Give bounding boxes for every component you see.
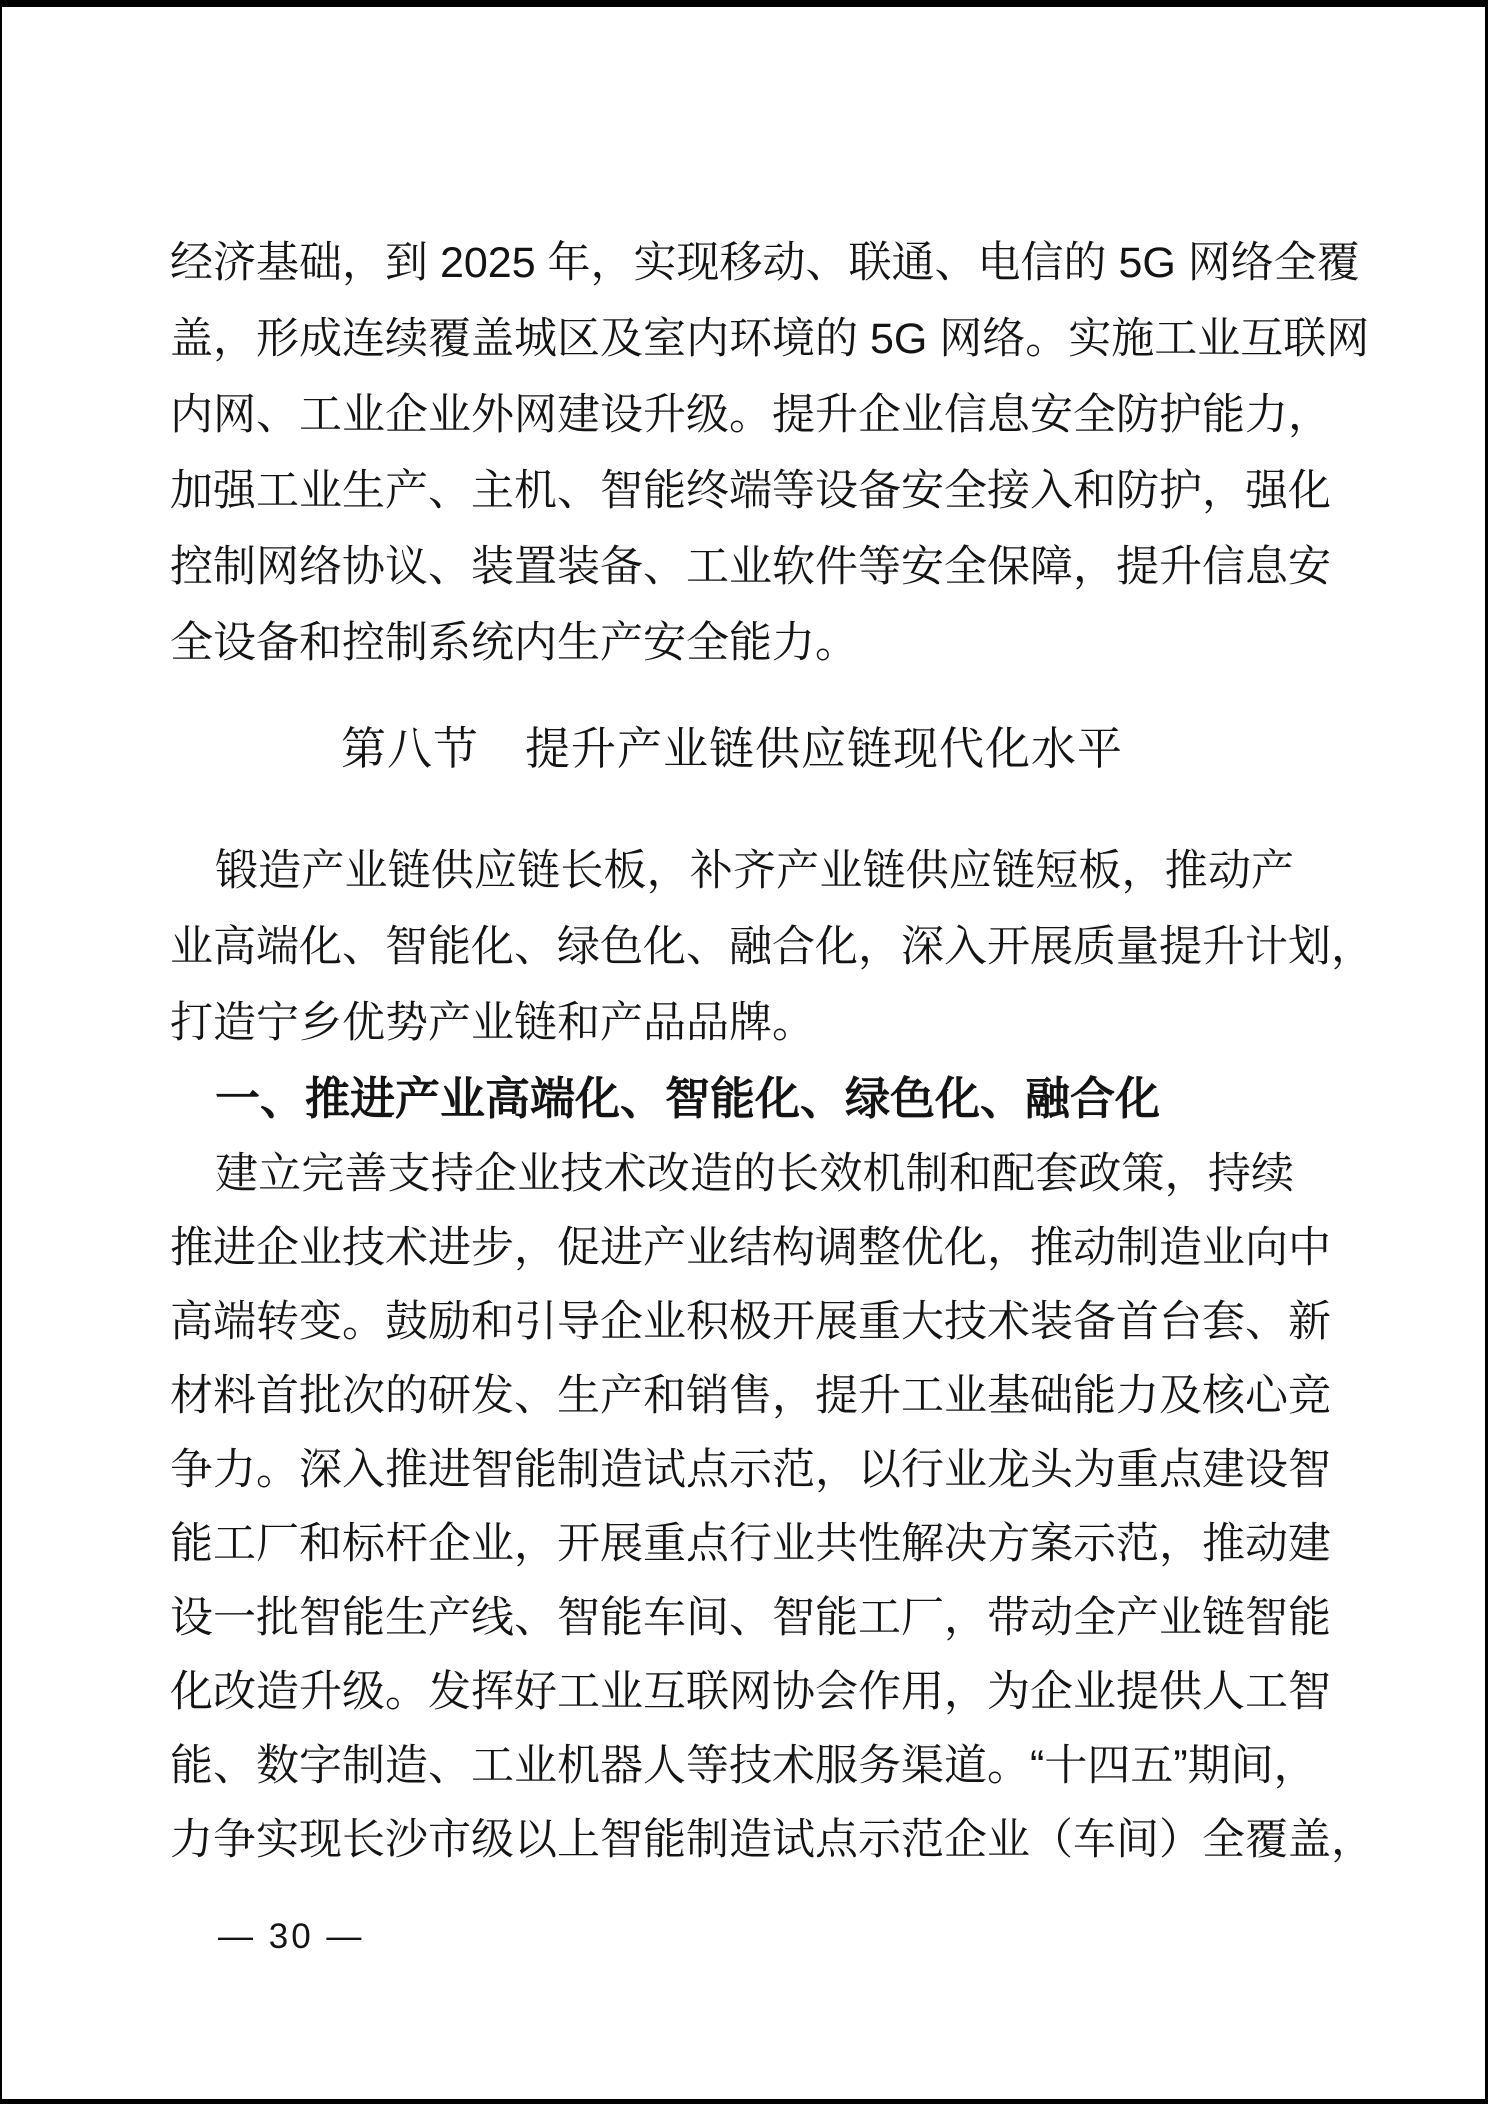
text-line: 控制网络协议、装置装备、工业软件等安全保障，提升信息安 — [170, 529, 1294, 605]
text-line: 争力。深入推进智能制造试点示范，以行业龙头为重点建设智 — [170, 1433, 1294, 1507]
text-line: 推进企业技术进步，促进产业结构调整优化，推动制造业向中 — [170, 1211, 1294, 1285]
page-number: — 30 — — [218, 1915, 364, 1959]
text-line: 化改造升级。发挥好工业互联网协会作用，为企业提供人工智 — [170, 1655, 1294, 1729]
paragraph: 建立完善支持企业技术改造的长效机制和配套政策，持续推进企业技术进步，促进产业结构… — [170, 1137, 1294, 1877]
text-line: 内网、工业企业外网建设升级。提升企业信息安全防护能力， — [170, 377, 1294, 453]
text-line: 业高端化、智能化、绿色化、融合化，深入开展质量提升计划， — [170, 909, 1294, 985]
text-line: 锻造产业链供应链长板，补齐产业链供应链短板，推动产 — [170, 833, 1294, 909]
sub-heading: 一、推进产业高端化、智能化、绿色化、融合化 — [170, 1061, 1294, 1137]
text-line: 建立完善支持企业技术改造的长效机制和配套政策，持续 — [170, 1137, 1294, 1211]
text-line: 打造宁乡优势产业链和产品品牌。 — [170, 985, 1294, 1061]
text-line: 设一批智能生产线、智能车间、智能工厂，带动全产业链智能 — [170, 1581, 1294, 1655]
text-line: 高端转变。鼓励和引导企业积极开展重大技术装备首台套、新 — [170, 1285, 1294, 1359]
text-line: 加强工业生产、主机、智能终端等设备安全接入和防护，强化 — [170, 453, 1294, 529]
section-heading: 第八节 提升产业链供应链现代化水平 — [170, 711, 1294, 787]
document-page: 经济基础，到 2025 年，实现移动、联通、电信的 5G 网络全覆盖，形成连续覆… — [0, 0, 1488, 2104]
text-line: 能工厂和标杆企业，开展重点行业共性解决方案示范，推动建 — [170, 1507, 1294, 1581]
paragraph: 锻造产业链供应链长板，补齐产业链供应链短板，推动产业高端化、智能化、绿色化、融合… — [170, 833, 1294, 1061]
text-line: 全设备和控制系统内生产安全能力。 — [170, 605, 1294, 681]
text-line: 材料首批次的研发、生产和销售，提升工业基础能力及核心竞 — [170, 1359, 1294, 1433]
document-content: 经济基础，到 2025 年，实现移动、联通、电信的 5G 网络全覆盖，形成连续覆… — [170, 225, 1294, 1877]
text-line: 盖，形成连续覆盖城区及室内环境的 5G 网络。实施工业互联网 — [170, 301, 1294, 377]
text-line: 经济基础，到 2025 年，实现移动、联通、电信的 5G 网络全覆 — [170, 225, 1294, 301]
text-line: 力争实现长沙市级以上智能制造试点示范企业（车间）全覆盖， — [170, 1803, 1294, 1877]
paragraph-continuation: 经济基础，到 2025 年，实现移动、联通、电信的 5G 网络全覆盖，形成连续覆… — [170, 225, 1294, 681]
text-line: 能、数字制造、工业机器人等技术服务渠道。“十四五”期间， — [170, 1729, 1294, 1803]
